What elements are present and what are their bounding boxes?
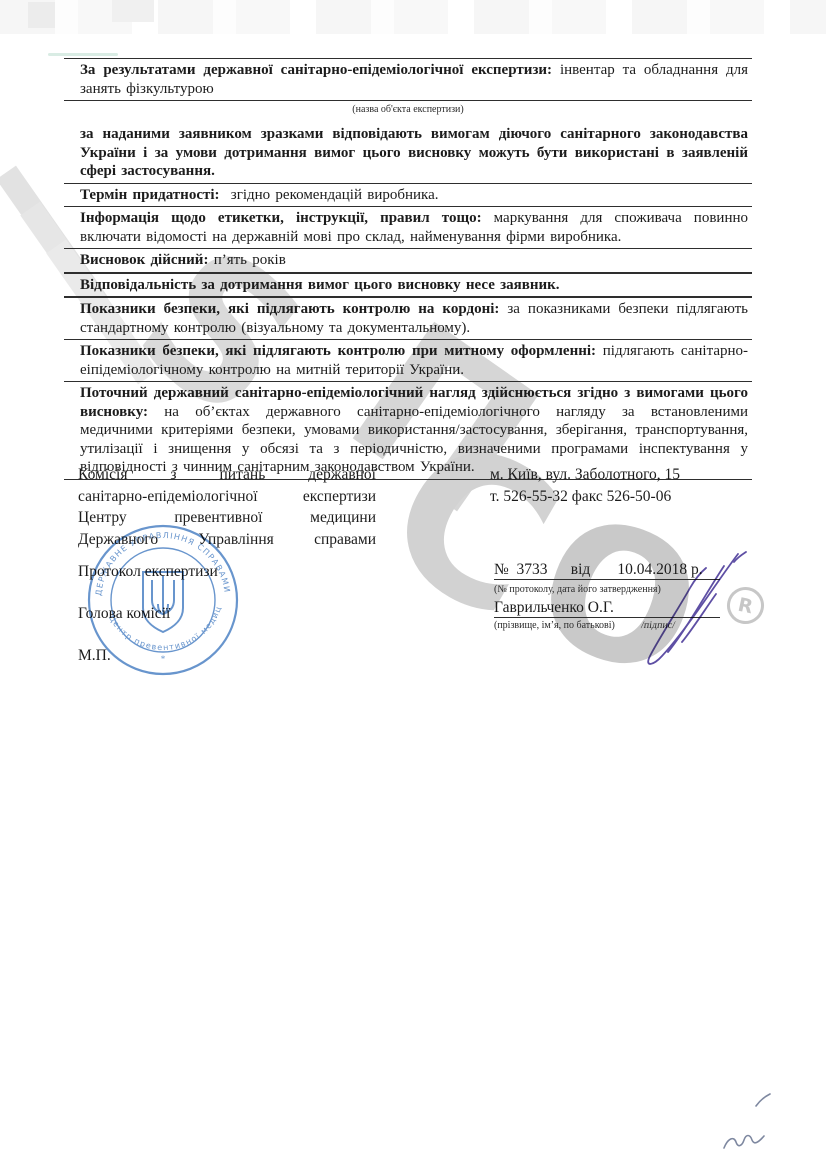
section-label-info: Інформація щодо етикетки, інструкції, пр… [64,206,752,248]
section-responsibility: Відповідальність за дотримання вимог цьо… [64,272,752,297]
address-line: м. Київ, вул. Заболотного, 15 [490,464,752,486]
scan-artifact-smudge [48,53,118,56]
stamp-ring-text-bottom: Центр превентивної медицини [85,522,223,652]
scanned-document-page: S П С О R За результатами державної сані… [0,0,826,1170]
document-body: За результатами державної санітарно-епід… [80,58,748,480]
round-stamp: ДЕРЖАВНЕ УПРАВЛІННЯ СПРАВАМИ • м. КИЇВ •… [85,522,241,678]
section-label: Відповідальність за дотримання вимог цьо… [80,277,560,293]
commission-line: Комісія з питань державної [78,464,376,486]
scan-artifact-chip [112,0,154,22]
section-shelf-life: Термін придатності: згідно рекомендацій … [64,183,752,207]
section-label: Показники безпеки, які підлягають контро… [80,301,499,317]
corner-pen-mark [712,1090,782,1162]
section-label: Висновок дійсний: [80,252,208,268]
scan-artifact-chip [28,2,55,28]
section-label: Термін придатності: [80,187,220,203]
trident-icon [143,572,183,632]
section-text-bold: за наданими заявником зразками відповіда… [80,126,748,179]
section-compliance: за наданими заявником зразками відповіда… [64,119,752,183]
section-value: згідно рекомендацій виробника. [231,187,439,203]
section-label: За результатами державної санітарно-епід… [80,62,552,78]
object-name-caption: (назва об'єкта експертизи) [64,100,752,119]
handwritten-signature [626,546,752,674]
stamp-star: * [161,654,166,664]
commission-line: санітарно-епідеміологічної експертизи [78,486,376,508]
address-block: м. Київ, вул. Заболотного, 15 т. 526-55-… [490,464,752,508]
stamp-ring-text-top: ДЕРЖАВНЕ УПРАВЛІННЯ СПРАВАМИ • м. КИЇВ • [85,522,232,598]
address-line: т. 526-55-32 факс 526-50-06 [490,486,752,508]
section-border-control: Показники безпеки, які підлягають контро… [64,296,752,339]
section-label: Інформація щодо етикетки, інструкції, пр… [80,210,482,226]
section-label: Показники безпеки, які підлягають контро… [80,343,596,359]
name-field-caption: (прізвище, ім’я, по батькові) [494,620,615,632]
section-validity: Висновок дійсний: п’ять років [64,248,752,272]
section-value: п’ять років [214,252,286,268]
section-customs-control: Показники безпеки, які підлягають контро… [64,339,752,381]
section-expertise-result: За результатами державної санітарно-епід… [64,58,752,100]
